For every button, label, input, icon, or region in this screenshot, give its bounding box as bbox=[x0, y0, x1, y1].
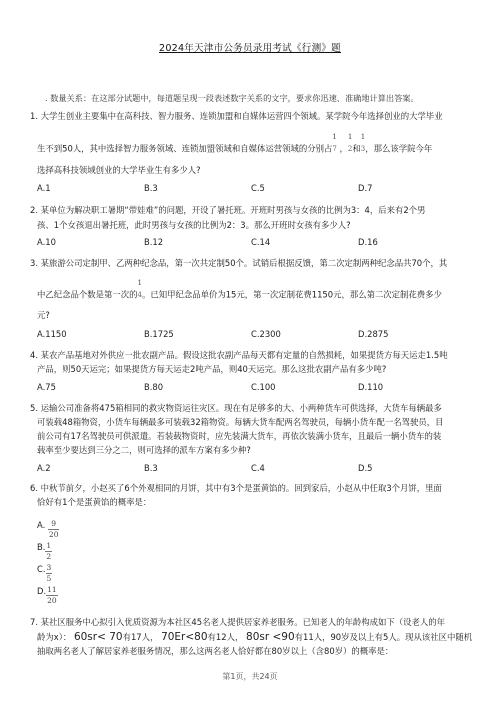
question-text: 中秋节前夕，小赵买了6个外观相同的月饼，其中有3个是蛋黄馅的。回到家后，小赵从中… bbox=[41, 483, 442, 493]
question-text-line: 生不到50人，其中选择智力服务领域、连锁加盟领域和自媒体运营领域的分别占17 ，… bbox=[37, 142, 432, 156]
numerator: 3 bbox=[46, 564, 53, 573]
denominator: 5 bbox=[46, 573, 53, 583]
option-c[interactable]: C.14 bbox=[251, 237, 358, 248]
age-range: 70Er<80 bbox=[161, 631, 207, 643]
page-footer: 第1页，共24页 bbox=[0, 672, 500, 682]
numerator: 9 bbox=[48, 520, 60, 529]
option-d[interactable]: D.110 bbox=[358, 382, 465, 393]
question-text: 有17人， bbox=[123, 632, 159, 642]
separator: 和 bbox=[352, 144, 360, 154]
question-text-line: 可装载48箱物资，小货车每辆最多可装载32箱物资。每辆大货车配两名驾驶员，每辆小… bbox=[37, 417, 444, 428]
option-a[interactable]: A.75 bbox=[37, 382, 144, 393]
question-text: 有12人， bbox=[208, 632, 244, 642]
numerator: 1 bbox=[45, 542, 52, 551]
question-text-line: 6. 中秋节前夕，小赵买了6个外观相同的月饼，其中有3个是蛋黄馅的。回到家后，小… bbox=[30, 483, 442, 494]
separator: ， bbox=[337, 144, 348, 154]
answer-options: A.1 B.3 C.5 D.7 bbox=[37, 183, 467, 194]
question-text-line: 中乙纪念品个数是第一次的14。已知甲纪念品单价为15元，第一次定制花费1150元… bbox=[37, 288, 442, 302]
denominator: 7 bbox=[332, 146, 336, 153]
age-range: 60sr< 70 bbox=[74, 631, 123, 643]
question-number: 6. bbox=[30, 483, 38, 493]
question-text-line: 元? bbox=[37, 310, 50, 321]
question-text-line: 产品，则50天运完；如果提货方每天运走2吨产品，则40天运完。那么这批农副产品有… bbox=[37, 364, 386, 375]
question-text-line: 2. 某单位为解决职工暑期“带娃难”的问题，开设了暑托班。开班时男孩与女孩的比例… bbox=[30, 205, 425, 216]
answer-options: A.75 B.80 C.100 D.110 bbox=[37, 382, 467, 393]
fraction: 17 bbox=[332, 142, 336, 156]
question-text-line: 3. 某旅游公司定制甲、乙两种纪念品，第一次共定制50个。试销后根据反馈，第二次… bbox=[30, 258, 447, 269]
denominator: 20 bbox=[46, 595, 58, 605]
question-number: 5. bbox=[30, 403, 38, 413]
option-c[interactable]: C.4 bbox=[251, 463, 358, 474]
numerator: 1 bbox=[348, 134, 352, 141]
fraction: 12 bbox=[348, 142, 352, 156]
question-text-line: 4. 某农产品基地对外供应一批农副产品。假设这批农副产品每天都有定量的自然损耗，… bbox=[30, 350, 448, 361]
option-a[interactable]: A.1150 bbox=[37, 329, 144, 340]
question-text-line: 载率至少要达到三分之二，则可选择的派车方案有多少种? bbox=[37, 445, 251, 456]
fraction: 35 bbox=[46, 564, 53, 582]
question-text-line: 龄为x）： 60sr< 70有17人， 70Er<80有12人， 80sr <9… bbox=[37, 631, 472, 645]
denominator: 3 bbox=[361, 146, 365, 153]
question-text: 某社区服务中心拟引入优质资源为本社区45名老人提供居家养老服务。已知老人的年龄构… bbox=[41, 617, 445, 627]
option-c[interactable]: C.100 bbox=[251, 382, 358, 393]
question-text: 某农产品基地对外供应一批农副产品。假设这批农副产品每天都有定量的自然损耗，如果提… bbox=[41, 350, 448, 360]
answer-options: A.1150 B.1725 C.2300 D.2875 bbox=[37, 329, 467, 340]
question-text-line: 5. 运输公司准备将475箱相同的救灾物资运往灾区。现在有足够多的大、小两种货车… bbox=[30, 403, 442, 414]
option-a[interactable]: A.10 bbox=[37, 237, 144, 248]
question-number: 2. bbox=[30, 205, 38, 215]
numerator: 1 bbox=[138, 280, 142, 287]
denominator: 4 bbox=[138, 292, 142, 299]
option-c[interactable]: C.5 bbox=[251, 183, 358, 194]
denominator: 2 bbox=[45, 551, 52, 561]
option-d[interactable]: D.1120 bbox=[37, 586, 58, 604]
denominator: 2 bbox=[348, 146, 352, 153]
question-number: 1. bbox=[30, 111, 38, 121]
question-number: 7. bbox=[30, 617, 38, 627]
question-number: 4. bbox=[30, 350, 38, 360]
question-text-line: 抽取两名老人了解居家养老服务情况，那么这两名老人恰好都在80岁以上（含80岁）的… bbox=[37, 646, 393, 657]
option-label: B. bbox=[37, 542, 45, 552]
question-text-line: 1. 大学生创业主要集中在高科技、智力服务、连锁加盟和自媒体运营四个领域。某学院… bbox=[30, 111, 443, 122]
option-b[interactable]: B.80 bbox=[144, 382, 251, 393]
option-c[interactable]: C.2300 bbox=[251, 329, 358, 340]
denominator: 20 bbox=[48, 529, 60, 539]
fraction: 14 bbox=[138, 288, 142, 302]
question-text: 龄为x）： bbox=[37, 632, 71, 642]
option-a[interactable]: A.2 bbox=[37, 463, 144, 474]
page-title: 2024年天津市公务员录用考试《行测》题 bbox=[0, 43, 500, 55]
numerator: 11 bbox=[46, 586, 58, 595]
question-text: ，那么该学院今年 bbox=[365, 144, 432, 154]
answer-options: A.10 B.12 C.14 D.16 bbox=[37, 237, 467, 248]
question-text: 运输公司准备将475箱相同的救灾物资运往灾区。现在有足够多的大、小两种货车可供选… bbox=[41, 403, 442, 413]
option-b[interactable]: B.3 bbox=[144, 183, 251, 194]
option-a[interactable]: A.1 bbox=[37, 183, 144, 194]
option-b[interactable]: B.12 bbox=[37, 542, 52, 560]
question-text-line: 选择高科技领域创业的大学毕业生有多少人? bbox=[37, 165, 201, 176]
option-d[interactable]: D.5 bbox=[358, 463, 465, 474]
option-c[interactable]: C.35 bbox=[37, 564, 52, 582]
question-text: 有11人，90岁及以上有5人。现从该社区中随机 bbox=[295, 632, 472, 642]
question-text: 生不到50人，其中选择智力服务领域、连锁加盟领域和自媒体运营领域的分别占 bbox=[37, 144, 332, 154]
age-range: 80sr <90 bbox=[246, 631, 295, 643]
option-d[interactable]: D.2875 bbox=[358, 329, 465, 340]
question-text: 某旅游公司定制甲、乙两种纪念品，第一次共定制50个。试销后根据反馈，第二次定制两… bbox=[41, 258, 448, 268]
section-instructions: . 数量关系：在这部分试题中，每道题呈现一段表述数字关系的文字，要求你迅速、准确… bbox=[45, 93, 419, 104]
question-number: 3. bbox=[30, 258, 38, 268]
option-b[interactable]: B.12 bbox=[144, 237, 251, 248]
fraction: 1120 bbox=[46, 586, 58, 604]
question-text: 某单位为解决职工暑期“带娃难”的问题，开设了暑托班。开班时男孩与女孩的比例为3：… bbox=[41, 205, 426, 215]
fraction: 12 bbox=[45, 542, 52, 560]
question-text-line: 7. 某社区服务中心拟引入优质资源为本社区45名老人提供居家养老服务。已知老人的… bbox=[30, 617, 445, 628]
question-text: 中乙纪念品个数是第一次的 bbox=[37, 290, 138, 300]
numerator: 1 bbox=[361, 134, 365, 141]
document-page: 2024年天津市公务员录用考试《行测》题 . 数量关系：在这部分试题中，每道题呈… bbox=[0, 0, 500, 708]
question-text-line: 孩、1个女孩退出暑托班，此时男孩与女孩的比例为2：3。那么开班时女孩有多少人? bbox=[37, 220, 351, 231]
question-text: 大学生创业主要集中在高科技、智力服务、连锁加盟和自媒体运营四个领域。某学院今年选… bbox=[41, 111, 443, 121]
option-d[interactable]: D.7 bbox=[358, 183, 465, 194]
fraction: 920 bbox=[48, 520, 60, 538]
answer-options: A.2 B.3 C.4 D.5 bbox=[37, 463, 467, 474]
option-label: A. bbox=[37, 520, 45, 530]
option-b[interactable]: B.3 bbox=[144, 463, 251, 474]
question-text-line: 前公司有17名驾驶员可供派遣。若装载物资时，应先装满大货车，再依次装满小货车，且… bbox=[37, 431, 441, 442]
option-label: C. bbox=[37, 564, 46, 574]
numerator: 1 bbox=[332, 134, 336, 141]
question-text: 。已知甲纪念品单价为15元，第一次定制花费1150元，那么第二次定制花费多少 bbox=[142, 290, 442, 300]
question-text-line: 恰好有1个是蛋黄馅的概率是： bbox=[37, 497, 151, 508]
option-b[interactable]: B.1725 bbox=[144, 329, 251, 340]
option-label: D. bbox=[37, 586, 46, 596]
option-a[interactable]: A. 920 bbox=[37, 520, 59, 538]
option-d[interactable]: D.16 bbox=[358, 237, 465, 248]
fraction: 13 bbox=[361, 142, 365, 156]
